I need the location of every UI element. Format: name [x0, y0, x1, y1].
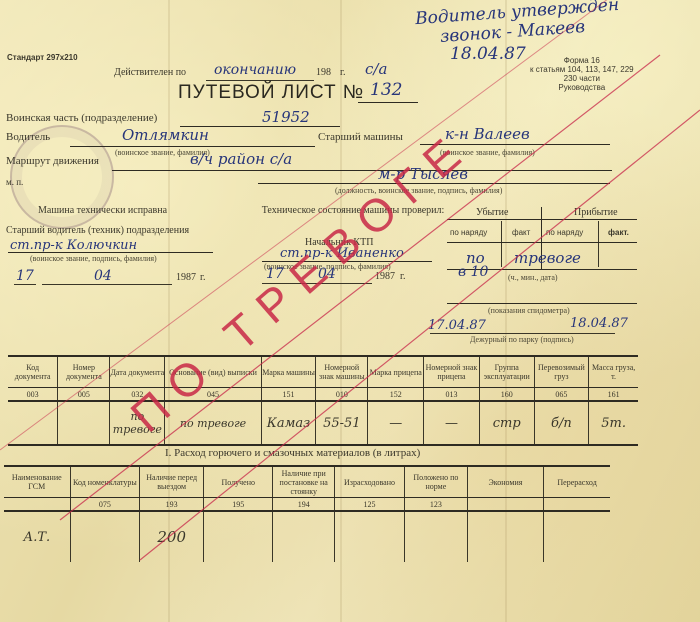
stamp-frame-lines: [0, 0, 700, 622]
waybill-document: Стандарт 297x210 Действителен по окончан…: [0, 0, 700, 622]
